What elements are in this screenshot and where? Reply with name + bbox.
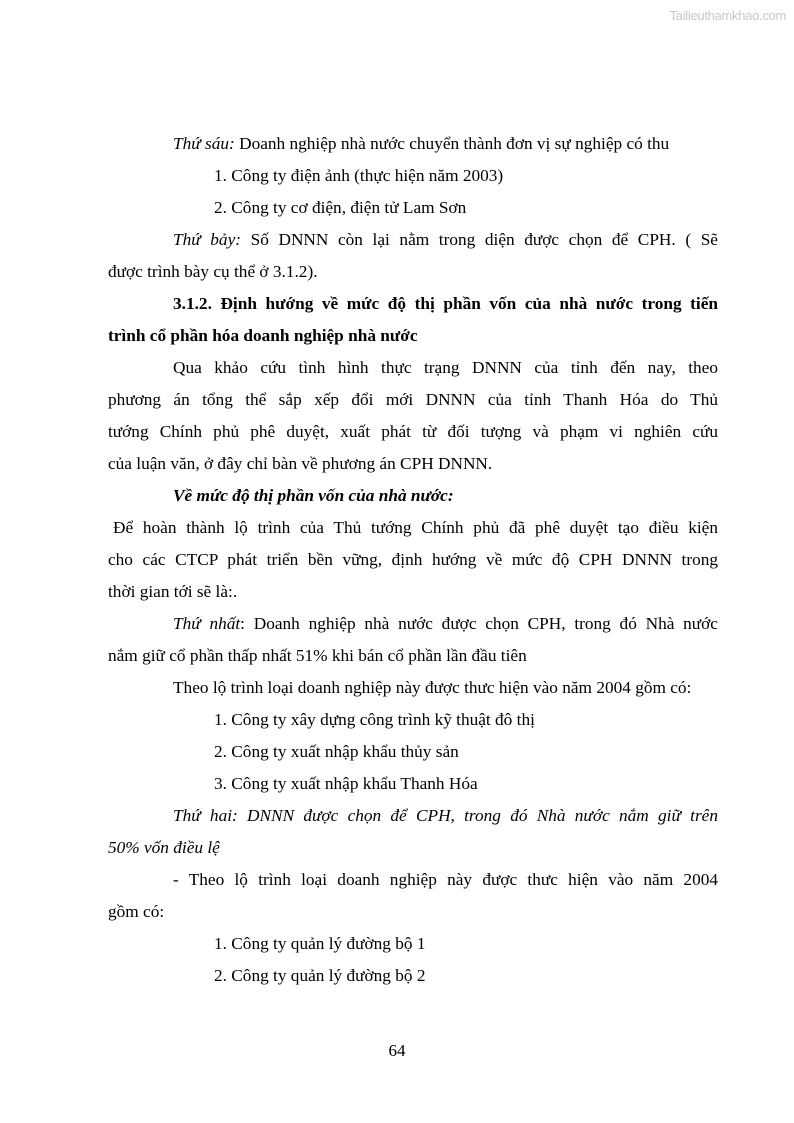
paragraph-line: nắm giữ cổ phần thấp nhất 51% khi bán cổ…: [108, 646, 527, 666]
paragraph-line: phương án tổng thể sắp xếp đổi mới DNNN …: [108, 390, 718, 410]
paragraph-line: được trình bày cụ thể ở 3.1.2).: [108, 262, 318, 282]
page-number: 64: [0, 1041, 794, 1061]
paragraph-line: - Theo lộ trình loại doanh nghiệp này đư…: [173, 870, 718, 890]
section-heading: 3.1.2. Định hướng về mức độ thị phần vốn…: [173, 294, 718, 314]
paragraph-thu-sau: Thứ sáu: Doanh nghiệp nhà nước chuyển th…: [173, 134, 669, 154]
paragraph-thu-hai: Thứ hai: DNNN được chọn để CPH, trong đó…: [173, 806, 718, 826]
paragraph-line: Qua khảo cứu tình hình thực trạng DNNN c…: [173, 358, 718, 378]
label-thu-sau: Thứ sáu:: [173, 134, 235, 153]
paragraph-line: Để hoàn thành lộ trình của Thủ tướng Chí…: [113, 518, 718, 538]
list-item: 1. Công ty quản lý đường bộ 1: [214, 934, 425, 954]
list-item: 2. Công ty cơ điện, điện tử Lam Sơn: [214, 198, 466, 218]
paragraph-line: của luận văn, ở đây chỉ bàn về phương án…: [108, 454, 492, 474]
paragraph-line: Theo lộ trình loại doanh nghiệp này được…: [173, 678, 691, 698]
text-thu-nhat: : Doanh nghiệp nhà nước được chọn CPH, t…: [240, 614, 718, 633]
list-item: 1. Công ty điện ảnh (thực hiện năm 2003): [214, 166, 503, 186]
paragraph-line: cho các CTCP phát triển bền vững, định h…: [108, 550, 718, 570]
section-heading-cont: trình cổ phần hóa doanh nghiệp nhà nước: [108, 326, 418, 346]
paragraph-line: tướng Chính phủ phê duyệt, xuất phát từ …: [108, 422, 718, 442]
subheading: Về mức độ thị phần vốn của nhà nước:: [173, 486, 454, 506]
label-thu-bay: Thứ bảy:: [173, 230, 241, 249]
paragraph-thu-nhat: Thứ nhất: Doanh nghiệp nhà nước được chọ…: [173, 614, 718, 634]
text-thu-sau: Doanh nghiệp nhà nước chuyển thành đơn v…: [235, 134, 669, 153]
list-item: 3. Công ty xuất nhập khẩu Thanh Hóa: [214, 774, 478, 794]
list-item: 2. Công ty quản lý đường bộ 2: [214, 966, 425, 986]
paragraph-thu-bay: Thứ bảy: Số DNNN còn lại nằm trong diện …: [173, 230, 718, 250]
paragraph-line: thời gian tới sẽ là:.: [108, 582, 237, 602]
list-item: 1. Công ty xây dựng công trình kỹ thuật …: [214, 710, 535, 730]
watermark: Tailieuthamkhao.com: [670, 8, 786, 23]
text-thu-bay: Số DNNN còn lại nằm trong diện được chọn…: [241, 230, 718, 249]
paragraph-line: gồm có:: [108, 902, 164, 922]
label-thu-nhat: Thứ nhất: [173, 614, 240, 633]
list-item: 2. Công ty xuất nhập khẩu thủy sản: [214, 742, 459, 762]
paragraph-line: 50% vốn điều lệ: [108, 838, 220, 858]
